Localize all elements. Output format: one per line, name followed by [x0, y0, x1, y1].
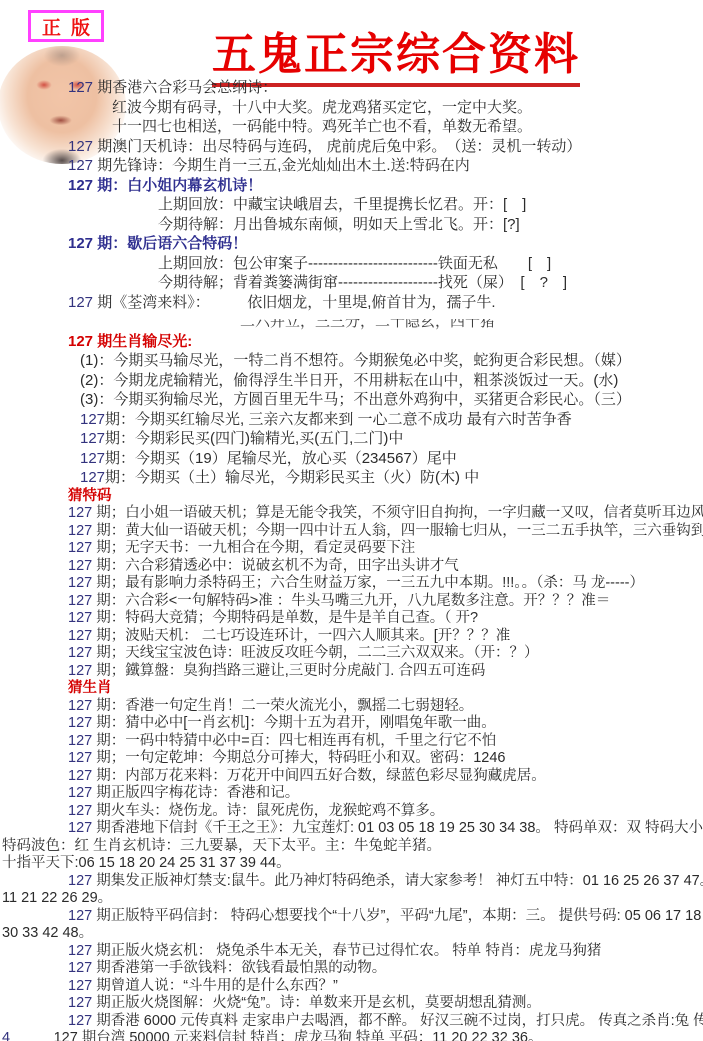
doc-line: 127 期；一句定乾坤：今期总分可捧大，特码旺小和双。密码：1246	[0, 750, 703, 768]
doc-line: 127 期《荃湾来料》： 依旧烟龙，十里堤,俯首甘为，孺子牛.	[0, 293, 703, 313]
line-text: 期；一句定乾坤：今期总分可捧大，特码旺小和双。密码：1246	[92, 750, 505, 766]
issue-number: 127	[68, 803, 92, 819]
doc-line: 127 期正版特平码信封： 特码心想要找个“十八岁”，平码“九尾”，本期：三。 …	[0, 908, 703, 926]
line-text: 127 期生肖输尽光:	[68, 333, 192, 350]
issue-number: 127	[68, 750, 92, 766]
line-text: 期；鐵算盤：臭狗挡路三避让,三更时分虎敲门. 合四五可连码	[92, 663, 485, 679]
doc-line: 127 期；无字天书：一九相合在今期，看定灵码要下注	[0, 540, 703, 558]
issue-number: 127	[68, 79, 93, 96]
line-text: 二六并立，三三分，二十隐玄，四十猪	[240, 319, 495, 332]
issue-number: 127	[68, 558, 92, 574]
line-text: 期正版火烧玄机： 烧兔杀牛本无关，春节已过得忙农。 特单 特肖：虎龙马狗猪	[92, 943, 601, 959]
issue-number: 127	[68, 715, 92, 731]
line-text: 期：六合彩<一句解特码>准 ：牛头马嘴三九开，八九尾数多注意。开？？？准＝	[92, 593, 610, 609]
line-text: 期香港六合彩马会总纲诗：	[93, 79, 277, 96]
issue-number: 127	[68, 1013, 92, 1029]
doc-line: 127 期；白小姐一语破天机；算是无能令我笑，不须守旧自拘拘，一字归藏一又叹，信…	[0, 505, 703, 523]
doc-line: 127期：今期买红输尽光, 三亲六友都来到 一心二意不成功 最有六时苦争香	[0, 410, 703, 430]
doc-line: 127 期火车头：烧伤龙。诗：鼠死虎伤，龙猴蛇鸡不算多。	[0, 803, 703, 821]
doc-line: 十一四七也相送，一码能中特。鸡死羊亡也不看，单数无希望。	[0, 117, 703, 137]
issue-number: 127	[68, 785, 92, 801]
doc-line: 127 期：白小姐内幕玄机诗！	[0, 176, 703, 196]
issue-number: 127	[68, 768, 92, 784]
doc-line: 十指平天下:06 15 18 20 24 25 31 37 39 44。	[0, 855, 703, 873]
line-text: 期；无字天书：一九相合在今期，看定灵码要下注	[92, 540, 415, 556]
doc-line: 猜生肖	[0, 680, 703, 698]
issue-number: 127	[68, 235, 93, 252]
doc-line: 127 期：黄大仙一语破天机；今期一四中计五人翁，四一服输七归从，一三二五手执竿…	[0, 523, 703, 541]
doc-line: 127期：今期买（土）输尽光，今期彩民买主（火）防(木) 中	[0, 468, 703, 488]
issue-number: 127	[68, 610, 92, 626]
doc-line: 4 127 期台湾 50000 元来料信封 特肖：虎龙马狗 特单 平码：11 2…	[0, 1030, 703, 1041]
doc-line: 30 33 42 48。	[0, 925, 703, 943]
line-text: 特码波色：红 生肖玄机诗：三九要暴，天下太平。主：牛兔蛇羊猪。	[2, 838, 441, 854]
doc-line: 127 期：六合彩猜透必中：说破玄机不为奇，田字出头讲才气	[0, 558, 703, 576]
doc-line: 127期：今期买（19）尾输尽光，放心买（234567）尾中	[0, 449, 703, 469]
doc-line: 127 期；鐵算盤：臭狗挡路三避让,三更时分虎敲门. 合四五可连码	[0, 663, 703, 681]
issue-number: 127	[68, 978, 92, 994]
issue-number: 127	[68, 177, 93, 194]
line-text: 期：内部万花来料：万花开中间四五好合数，绿蓝色彩尽显狗藏虎居。	[92, 768, 546, 784]
line-text: 期正版四字梅花诗：香港和记。	[92, 785, 299, 801]
doc-line: 127 期正版火烧玄机： 烧兔杀牛本无关，春节已过得忙农。 特单 特肖：虎龙马狗…	[0, 943, 703, 961]
issue-number: 127	[68, 593, 92, 609]
line-text: 上期回放：包公审案子--------------------------铁面无私…	[158, 255, 551, 272]
line-text: 期正版特平码信封： 特码心想要找个“十八岁”，平码“九尾”，本期：三。 提供号码…	[92, 908, 703, 924]
doc-line: 127 期：特码大竞猜；今期特码是单数，是牛是羊自己查。（ 开?	[0, 610, 703, 628]
issue-number: 127	[68, 645, 92, 661]
doc-line: 127 期正版四字梅花诗：香港和记。	[0, 785, 703, 803]
issue-number: 127	[80, 469, 105, 486]
line-text: 期：白小姐内幕玄机诗！	[93, 177, 262, 194]
authentic-version-badge: 正版	[28, 10, 104, 42]
issue-number: 127	[68, 960, 92, 976]
doc-line: 猜特码	[0, 488, 703, 506]
line-text: 30 33 42 48。	[2, 925, 93, 941]
issue-number: 127	[68, 733, 92, 749]
doc-line: 127 期集发正版神灯禁支:鼠牛。此乃神灯特码绝杀，请大家参考！ 神灯五中特：0…	[0, 873, 703, 891]
line-text: 期：猜中必中[一肖玄机]：今期十五为君开，刚唱兔年歌一曲。	[92, 715, 496, 731]
line-text: 期集发正版神灯禁支:鼠牛。此乃神灯特码绝杀，请大家参考！ 神灯五中特：01 16…	[92, 873, 703, 889]
line-text: 期正版火烧图解：火烧“兔”。诗：单数来开是玄机，莫要胡想乱猜测。	[92, 995, 541, 1011]
doc-line: 今期待解：月出鲁城东南倾，明如天上雪北飞。开：[?]	[0, 215, 703, 235]
page-title: 五鬼正宗综合资料	[212, 18, 580, 87]
issue-number: 127	[68, 943, 92, 959]
doc-line: 127 期香港第一手欲钱料：欲钱看最怕黑的动物。	[0, 960, 703, 978]
line-text: 期：一码中特猜中必中=百：四七相连再有机，千里之行它不怕	[92, 733, 496, 749]
doc-line: 127 期澳门天机诗：出尽特码与连码， 虎前虎后兔中彩。 （送：灵机一转动）	[0, 137, 703, 157]
line-text: 期：今期彩民买(四门)输精光,买(五门,二门)中	[105, 430, 403, 447]
line-text: 十指平天下:06 15 18 20 24 25 31 37 39 44。	[2, 855, 291, 871]
doc-line: 127 期；天线宝宝波色诗：旺波反攻旺今朝，二二三六双双来。（开：？）	[0, 645, 703, 663]
line-text: 期；天线宝宝波色诗：旺波反攻旺今朝，二二三六双双来。（开：？）	[92, 645, 538, 661]
line-text: 期：今期买（19）尾输尽光，放心买（234567）尾中	[105, 450, 457, 467]
doc-line: 127 期生肖输尽光:	[0, 332, 703, 352]
doc-line: 127 期：一码中特猜中必中=百：四七相连再有机，千里之行它不怕	[0, 733, 703, 751]
doc-line: 二六并立，三三分，二十隐玄，四十猪	[0, 312, 703, 332]
line-text: (2)：今期龙虎输精光，偷得浮生半日开，不用耕耘在山中，粗茶淡饭过一天。(水)	[80, 372, 618, 389]
issue-number: 127	[68, 157, 93, 174]
line-text: 期：香港一句定生肖！二一荣火流光小，飘摇二七弱翅轻。	[92, 698, 473, 714]
doc-line: 11 21 22 26 29。	[0, 890, 703, 908]
issue-number: 127	[68, 575, 92, 591]
line-text: 今期待解：月出鲁城东南倾，明如天上雪北飞。开：[?]	[158, 216, 520, 233]
line-text: 期；白小姐一语破天机；算是无能令我笑，不须守旧自拘拘，一字归藏一又叹，信者莫听耳…	[92, 505, 703, 521]
doc-line: 红波今期有码寻，十八中大奖。虎龙鸡猪买定它，一定中大奖。	[0, 98, 703, 118]
line-text: 期：六合彩猜透必中：说破玄机不为奇，田字出头讲才气	[92, 558, 459, 574]
issue-number: 127	[68, 523, 92, 539]
issue-number: 127	[68, 505, 92, 521]
issue-number: 127	[68, 873, 92, 889]
line-text: 期香港 6000 元传真料 走家串户去喝酒，都不醉。 好汉三碗不过岗，打只虎。 …	[92, 1013, 703, 1029]
line-text: 期先锋诗：今期生肖一三五,金光灿灿出木土.送:特码在内	[93, 157, 470, 174]
line-text: 上期回放：中藏宝诀峨眉去，千里提携长忆君。开：[ ]	[158, 196, 526, 213]
line-text: 期火车头：烧伤龙。诗：鼠死虎伤，龙猴蛇鸡不算多。	[92, 803, 444, 819]
issue-number: 127	[68, 540, 92, 556]
doc-line: 127期：今期彩民买(四门)输精光,买(五门,二门)中	[0, 429, 703, 449]
issue-number: 127	[80, 430, 105, 447]
issue-number: 127	[68, 628, 92, 644]
document-body: 127 期香港六合彩马会总纲诗：红波今期有码寻，十八中大奖。虎龙鸡猪买定它，一定…	[0, 78, 703, 1041]
line-text: 期香港地下信封《千王之王》：九宝莲灯: 01 03 05 18 19 25 30…	[92, 820, 703, 836]
line-text: 期：今期买红输尽光, 三亲六友都来到 一心二意不成功 最有六时苦争香	[105, 411, 572, 428]
doc-line: 上期回放：包公审案子--------------------------铁面无私…	[0, 254, 703, 274]
issue-number: 127	[68, 995, 92, 1011]
doc-line: 127 期；波贴天机： 二七巧设连环计，一四六人顺其来。[开？？？准	[0, 628, 703, 646]
doc-line: 127 期香港六合彩马会总纲诗：	[0, 78, 703, 98]
doc-line: (2)：今期龙虎输精光，偷得浮生半日开，不用耕耘在山中，粗茶淡饭过一天。(水)	[0, 371, 703, 391]
issue-number: 127	[80, 450, 105, 467]
doc-line: 127 期：六合彩<一句解特码>准 ：牛头马嘴三九开，八九尾数多注意。开？？？准…	[0, 593, 703, 611]
doc-line: 特码波色：红 生肖玄机诗：三九要暴，天下太平。主：牛兔蛇羊猪。	[0, 838, 703, 856]
issue-number: 127	[68, 138, 93, 155]
line-text: 期：今期买（土）输尽光，今期彩民买主（火）防(木) 中	[105, 469, 479, 486]
issue-number: 127	[68, 820, 92, 836]
issue-number: 127	[68, 663, 92, 679]
issue-number: 127	[80, 411, 105, 428]
doc-line: 127 期：歇后语六合特码！	[0, 234, 703, 254]
line-text: 期：特码大竞猜；今期特码是单数，是牛是羊自己查。（ 开?	[92, 610, 478, 626]
doc-line: 127 期：香港一句定生肖！二一荣火流光小，飘摇二七弱翅轻。	[0, 698, 703, 716]
line-text: 今期待解；背着粪篓满街窜--------------------找死（屎） [ …	[158, 274, 567, 291]
doc-line: (1)：今期买马输尽光，一特二肖不想符。今期猴兔必中奖，蛇狗更合彩民想。（媒）	[0, 351, 703, 371]
issue-number: 127	[68, 294, 93, 311]
doc-line: 127 期：猜中必中[一肖玄机]：今期十五为君开，刚唱兔年歌一曲。	[0, 715, 703, 733]
line-text: 期《荃湾来料》： 依旧烟龙，十里堤,俯首甘为，孺子牛.	[93, 294, 496, 311]
doc-line: 127 期香港 6000 元传真料 走家串户去喝酒，都不醉。 好汉三碗不过岗，打…	[0, 1013, 703, 1031]
line-text: 红波今期有码寻，十八中大奖。虎龙鸡猪买定它，一定中大奖。	[112, 99, 532, 116]
doc-line: (3)：今期买狗输尽光，方圆百里无牛马；不出意外鸡狗中，买猪更合彩民心。（三）	[0, 390, 703, 410]
line-text: 127 期台湾 50000 元来料信封 特肖：虎龙马狗 特单 平码：11 20 …	[10, 1030, 542, 1041]
line-text: 期香港第一手欲钱料：欲钱看最怕黑的动物。	[92, 960, 386, 976]
doc-line: 127 期正版火烧图解：火烧“兔”。诗：单数来开是玄机，莫要胡想乱猜测。	[0, 995, 703, 1013]
doc-line: 127 期曾道人说：“斗牛用的是什么东西？”	[0, 978, 703, 996]
line-text: (3)：今期买狗输尽光，方圆百里无牛马；不出意外鸡狗中，买猪更合彩民心。（三）	[80, 391, 631, 408]
doc-line: 127 期；最有影响力杀特码王；六合生财益万家，一三五九中本期。!!!。。（杀：…	[0, 575, 703, 593]
doc-line: 上期回放：中藏宝诀峨眉去，千里提携长忆君。开：[ ]	[0, 195, 703, 215]
doc-line: 127 期先锋诗：今期生肖一三五,金光灿灿出木土.送:特码在内	[0, 156, 703, 176]
issue-number: 127	[68, 698, 92, 714]
line-text: 期；最有影响力杀特码王；六合生财益万家，一三五九中本期。!!!。。（杀：马 龙-…	[92, 575, 644, 591]
line-text: 期：黄大仙一语破天机；今期一四中计五人翁，四一服输七归从，一三二五手执竿，三六垂…	[92, 523, 703, 539]
line-text: 期澳门天机诗：出尽特码与连码， 虎前虎后兔中彩。 （送：灵机一转动）	[93, 138, 581, 155]
line-text: 11 21 22 26 29。	[2, 890, 112, 906]
doc-line: 今期待解；背着粪篓满街窜--------------------找死（屎） [ …	[0, 273, 703, 293]
doc-line: 127 期香港地下信封《千王之王》：九宝莲灯: 01 03 05 18 19 2…	[0, 820, 703, 838]
line-text: (1)：今期买马输尽光，一特二肖不想符。今期猴兔必中奖，蛇狗更合彩民想。（媒）	[80, 352, 631, 369]
line-text: 期；波贴天机： 二七巧设连环计，一四六人顺其来。[开？？？准	[92, 628, 510, 644]
line-text: 猜特码	[68, 488, 112, 504]
issue-number: 4	[2, 1030, 10, 1041]
line-text: 期曾道人说：“斗牛用的是什么东西？”	[92, 978, 338, 994]
issue-number: 127	[68, 908, 92, 924]
line-text: 期：歇后语六合特码！	[93, 235, 247, 252]
line-text: 猜生肖	[68, 680, 112, 696]
doc-line: 127 期：内部万花来料：万花开中间四五好合数，绿蓝色彩尽显狗藏虎居。	[0, 768, 703, 786]
line-text: 十一四七也相送，一码能中特。鸡死羊亡也不看，单数无希望。	[112, 118, 532, 135]
